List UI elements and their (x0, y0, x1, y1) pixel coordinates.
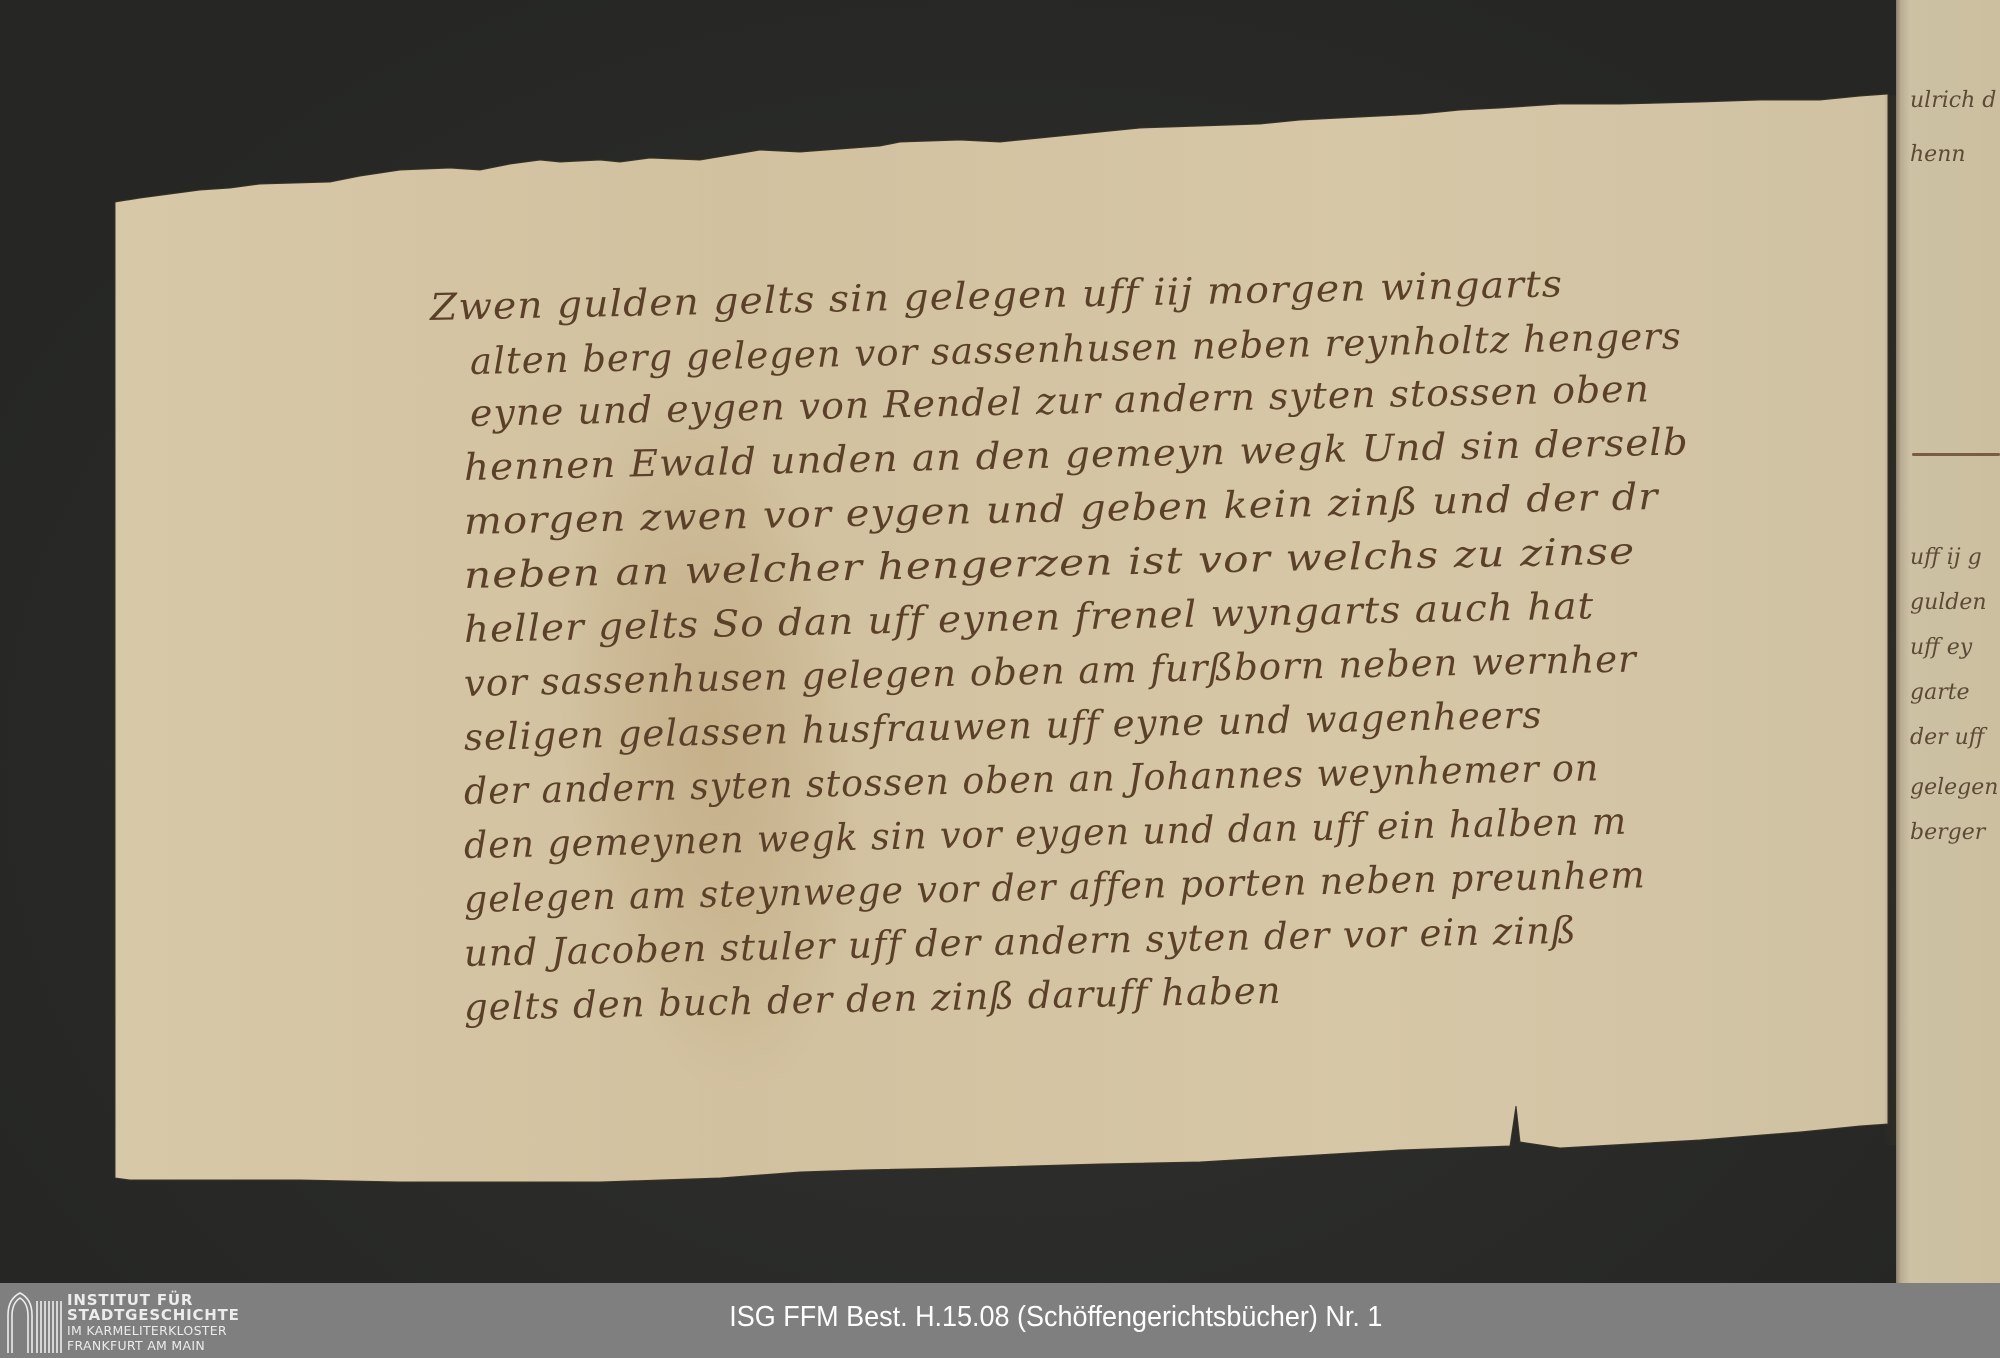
marginal-note: ulrich d (1910, 88, 1996, 113)
marginal-note: garte (1910, 680, 1970, 705)
archive-footer-bar: INSTITUT FÜR STADTGESCHICHTE IM KARMELIT… (0, 1283, 2000, 1358)
binding-shadow (1884, 95, 1896, 1145)
marginal-note: uff ey (1910, 635, 1972, 660)
institution-line-4: FRANKFURT AM MAIN (67, 1338, 240, 1353)
marginal-note: berger (1910, 820, 1985, 845)
marginal-note: der uff (1910, 725, 1984, 750)
paper-shape (0, 0, 2000, 1283)
archive-signature-caption: ISG FFM Best. H.15.08 (Schöffengerichtsb… (70, 1301, 1930, 1334)
marginal-note: gelegen (1910, 775, 1998, 800)
marginal-note: gulden (1910, 590, 1987, 615)
adjacent-page-edge: ulrich d henn uff ij g gulden uff ey gar… (1896, 0, 2000, 1283)
marginal-note: uff ij g (1910, 545, 1982, 570)
gothic-arch-logo-icon (6, 1291, 64, 1353)
manuscript-sheet: Zwen gulden gelts sin gelegen uff iij mo… (0, 0, 2000, 1283)
ruled-line (1912, 453, 2000, 456)
marginal-note: henn (1910, 142, 1966, 167)
